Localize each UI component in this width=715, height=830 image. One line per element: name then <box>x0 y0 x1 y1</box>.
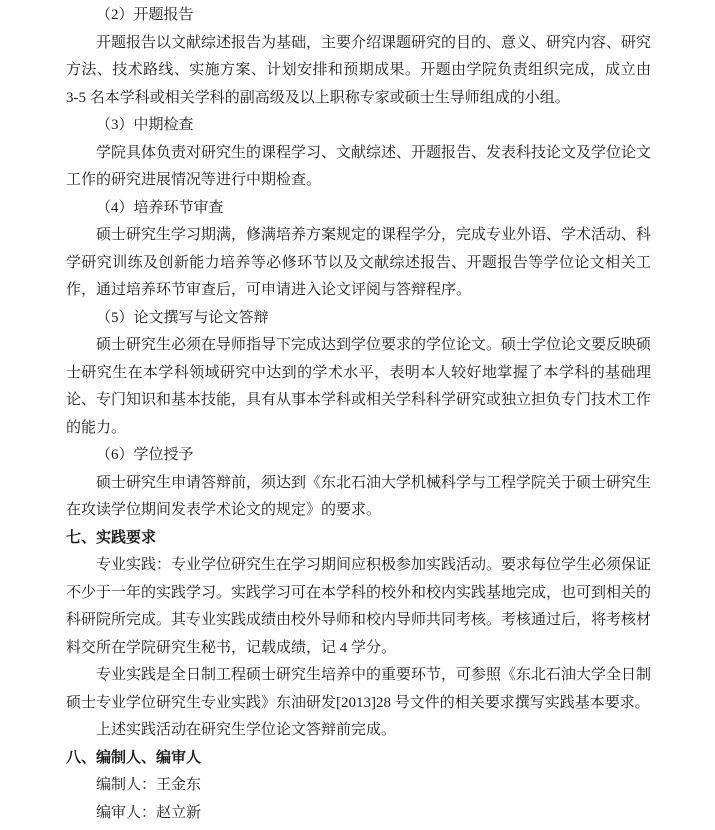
section-heading-practice-requirements: 七、实践要求 <box>66 525 651 553</box>
section-subheading-midterm-check: （3）中期检查 <box>66 112 651 140</box>
section-subheading-thesis-writing-defense: （5）论文撰写与论文答辩 <box>66 305 651 333</box>
paragraph-degree-conferral-body: 硕士研究生申请答辩前，须达到《东北石油大学机械科学与工程学院关于硕士研究生在攻读… <box>66 470 651 525</box>
section-subheading-degree-conferral: （6）学位授予 <box>66 442 651 470</box>
paragraph-practice-requirements-2: 专业实践是全日制工程硕士研究生培养中的重要环节，可参照《东北石油大学全日制硕士专… <box>66 662 651 717</box>
document-page: （2）开题报告 开题报告以文献综述报告为基础，主要介绍课题研究的目的、意义、研究… <box>0 0 715 830</box>
section-subheading-training-review: （4）培养环节审查 <box>66 195 651 223</box>
paragraph-practice-requirements-1: 专业实践：专业学位研究生在学习期间应积极参加实践活动。要求每位学生必须保证不少于… <box>66 552 651 662</box>
paragraph-proposal-report-body: 开题报告以文献综述报告为基础，主要介绍课题研究的目的、意义、研究内容、研究方法、… <box>66 30 651 113</box>
paragraph-thesis-writing-defense-body: 硕士研究生必须在导师指导下完成达到学位要求的学位论文。硕士学位论文要反映硕士研究… <box>66 332 651 442</box>
section-heading-compilers-reviewers: 八、编制人、编审人 <box>66 745 651 773</box>
paragraph-midterm-check-body: 学院具体负责对研究生的课程学习、文献综述、开题报告、发表科技论文及学位论文工作的… <box>66 140 651 195</box>
field-compiler-name: 编制人：王金东 <box>66 772 651 800</box>
section-subheading-proposal-report: （2）开题报告 <box>66 2 651 30</box>
field-reviewer-name: 编审人：赵立新 <box>66 800 651 828</box>
paragraph-training-review-body: 硕士研究生学习期满，修满培养方案规定的课程学分，完成专业外语、学术活动、科学研究… <box>66 222 651 305</box>
paragraph-practice-requirements-3: 上述实践活动在研究生学位论文答辩前完成。 <box>66 717 651 745</box>
